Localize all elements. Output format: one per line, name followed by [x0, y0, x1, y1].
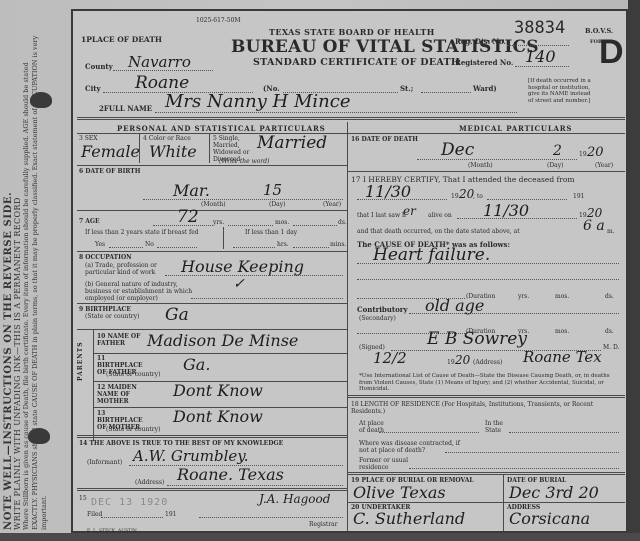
to-label: , to: [473, 193, 483, 200]
board-title: TEXAS STATE BOARD OF HEALTH: [269, 27, 435, 37]
informant-address-label: (Address): [135, 479, 164, 486]
dob-month: Mar.: [173, 181, 210, 200]
alive-label: alive on: [428, 212, 452, 219]
divider: [93, 329, 94, 441]
divider: [347, 171, 625, 172]
mins-field[interactable]: [293, 247, 329, 248]
full-name-label: 2FULL NAME: [99, 104, 152, 113]
thumb-mark-icon: [28, 428, 50, 444]
filed-number: 15: [79, 495, 87, 502]
scan-edge: [0, 533, 640, 541]
father-name-value: Madison De Minse: [147, 331, 298, 350]
duration-mos: mos.: [555, 293, 569, 300]
industry-field[interactable]: [191, 298, 343, 299]
registered-label: Registered No.: [455, 58, 513, 67]
occupation-label: 8 OCCUPATION: [79, 254, 132, 261]
divider: [77, 251, 347, 252]
month-hint: (Month): [201, 201, 226, 208]
dod-day: 2: [553, 143, 562, 159]
duration-ds: ds.: [605, 293, 614, 300]
burial-date-value: Dec 3rd 20: [509, 483, 599, 502]
divider: [77, 435, 347, 438]
full-name-field[interactable]: [155, 112, 517, 113]
industry-checkmark: ✓: [233, 276, 245, 292]
former-residence-label: Former or usual residence: [359, 457, 411, 471]
death-time: 6 a: [583, 218, 605, 234]
undertaker-address-value: Corsicana: [509, 509, 590, 528]
signed-year: 20: [455, 353, 470, 367]
informant-address-field[interactable]: [167, 485, 343, 486]
informant-address-value: Roane. Texas: [177, 465, 284, 484]
age-years: 72: [177, 207, 199, 227]
yrs-label: yrs.: [213, 219, 224, 226]
physician-address: Roane Tex: [523, 348, 602, 366]
duration-yrs: yrs.: [518, 293, 529, 300]
residence-label: 18 LENGTH OF RESIDENCE (For Hospitals, I…: [351, 401, 619, 415]
medical-section-title-text: MEDICAL PARTICULARS: [459, 124, 572, 133]
cause-value: Heart failure.: [373, 245, 490, 265]
side-write-plainly: WRITE PLAINLY WITH UNFADING INK—THIS IS …: [13, 30, 22, 530]
birthplace-hint: (State or country): [85, 313, 139, 320]
city-value: Roane: [135, 73, 189, 93]
marital-value: Married: [257, 133, 327, 153]
registrar-label: Registrar: [309, 521, 338, 528]
secondary-hint: (Secondary): [359, 315, 396, 322]
divider: [139, 133, 140, 163]
m-label: m.: [607, 228, 615, 235]
thumb-mark-icon: [30, 92, 52, 108]
ward-field[interactable]: [421, 92, 471, 93]
breast-fed-yes-field[interactable]: [109, 247, 143, 248]
divider: [77, 165, 347, 166]
dob-label: 6 DATE OF BIRTH: [79, 168, 140, 175]
sex-value: Female: [81, 142, 140, 161]
birthplace-value: Ga: [165, 305, 189, 325]
reg-dis-field[interactable]: [507, 45, 569, 46]
burial-place-value: Olive Texas: [353, 483, 446, 502]
divider: [223, 227, 224, 249]
sex-label: 3 SEX: [79, 135, 98, 142]
dod-year-prefix: 19: [579, 151, 587, 158]
last-saw-label: that I last saw h: [357, 212, 406, 219]
undertaker-value: C. Sutherland: [353, 509, 465, 528]
race-label: 4 Color or Race: [143, 135, 191, 142]
divider: [503, 475, 504, 531]
dod-month: Dec: [441, 140, 474, 160]
registrar-signature: J.A. Hagood: [259, 492, 330, 506]
age-days-field[interactable]: [293, 225, 337, 226]
true-statement-label: 14 THE ABOVE IS TRUE TO THE BEST OF MY K…: [79, 440, 283, 447]
place-of-death-label: 1PLACE OF DEATH: [81, 35, 162, 44]
physician-signature: E B Sowrey: [427, 329, 527, 349]
from-year: 20: [459, 187, 474, 201]
filed-year-prefix: 191: [165, 511, 176, 518]
divider: [209, 133, 210, 163]
divider: [347, 502, 625, 503]
day-hint: (Day): [269, 201, 285, 208]
age-months-field[interactable]: [228, 225, 273, 226]
divider: [77, 329, 347, 330]
occupation-b-label: (b) General nature of industry, business…: [85, 281, 195, 302]
occupation-a-label: (a) Trade, profession or particular kind…: [85, 262, 173, 276]
birthplace-label: 9 BIRTHPLACE: [79, 306, 131, 313]
county-label: County: [85, 62, 113, 71]
filed-stamp: DEC 13 1920: [91, 497, 168, 508]
informant-label: (Informant): [87, 459, 122, 466]
mins-label: mins.: [330, 241, 346, 248]
former-residence-field[interactable]: [409, 468, 619, 469]
mother-name-value: Dont Know: [173, 381, 263, 400]
father-name-label: 10 NAME OF FATHER: [97, 333, 147, 347]
divider: [347, 455, 348, 531]
hrs-label: hrs.: [277, 241, 289, 248]
certificate-number: 38834: [514, 18, 565, 38]
alive-on: 11/30: [483, 201, 529, 220]
divider: [77, 210, 347, 211]
cause-field-2[interactable]: [357, 279, 619, 280]
divider: [77, 488, 347, 491]
no-label: No: [145, 241, 154, 248]
duration-mos-2: mos.: [555, 328, 569, 335]
registered-field[interactable]: [515, 66, 569, 67]
to-year-prefix: 191: [573, 193, 584, 200]
residence-place-field[interactable]: [379, 432, 479, 433]
county-value: Navarro: [128, 53, 191, 71]
print-code: 1025-617-50M: [196, 17, 241, 24]
from-year-prefix: 19: [451, 193, 459, 200]
dod-year: 20: [587, 145, 604, 160]
year-hint: (Year): [323, 201, 341, 208]
signed-date: 12/2: [373, 349, 407, 367]
side-instructions: NOTE WELL—INSTRUCTIONS ON THE REVERSE SI…: [0, 0, 70, 535]
physician-address-label: (Address): [473, 359, 502, 366]
scan-edge: [628, 0, 640, 541]
divider: [347, 472, 625, 475]
full-name-value: Mrs Nanny H Mince: [165, 91, 350, 112]
contributory-value: old age: [425, 296, 484, 315]
marital-hint: (Write the word): [219, 158, 269, 165]
st-label: St.;: [400, 84, 413, 93]
breast-fed-no-field[interactable]: [157, 247, 197, 248]
dod-year-hint: (Year): [595, 162, 613, 169]
certificate-subtitle: STANDARD CERTIFICATE OF DEATH: [253, 57, 460, 68]
yes-label: Yes: [95, 241, 105, 248]
side-note-well: NOTE WELL—INSTRUCTIONS ON THE REVERSE SI…: [4, 30, 13, 530]
father-birthplace-value: Ga.: [183, 355, 210, 374]
dod-month-hint: (Month): [468, 162, 493, 169]
dod-label: 16 DATE OF DEATH: [351, 136, 418, 143]
hours-field[interactable]: [233, 247, 275, 248]
residence-state-field[interactable]: [509, 432, 619, 433]
dod-day-hint: (Day): [547, 162, 563, 169]
registrar-field[interactable]: [199, 517, 343, 518]
divider: [347, 133, 625, 134]
reg-dis-label: Reg. Dis. No.: [455, 37, 506, 46]
less-day-label: If less than 1 day: [245, 229, 297, 236]
attended-to-field[interactable]: [487, 199, 567, 200]
death-certificate: 1025-617-50M 1PLACE OF DEATH TEXAS STATE…: [71, 9, 628, 533]
father-birthplace-hint: (State or country): [106, 371, 160, 378]
mos-label: mos.: [275, 219, 289, 226]
duration-ds-2: ds.: [605, 328, 614, 335]
ward-label: Ward): [473, 84, 497, 93]
contributory-label: Contributory: [357, 306, 408, 313]
hospital-note: [If death occurred in a hospital or inst…: [528, 78, 594, 104]
breast-fed-label: If less than 2 years state if breast fed: [85, 229, 199, 236]
city-label: City: [85, 84, 101, 93]
age-label: 7 AGE: [79, 218, 100, 225]
mother-birthplace-value: Dont Know: [173, 407, 263, 426]
md-label: M. D.: [603, 344, 619, 351]
signed-year-prefix: 19: [447, 359, 455, 366]
form-label: FORM: [590, 39, 596, 45]
race-value: White: [149, 142, 197, 161]
mother-name-label: 12 MAIDEN NAME OF MOTHER: [97, 384, 153, 405]
registered-number: 140: [525, 47, 556, 66]
dob-day: 15: [263, 181, 282, 199]
attended-from: 11/30: [365, 182, 411, 201]
parents-label: PARENTS: [77, 341, 84, 381]
divider: [77, 117, 625, 120]
where-contracted-field[interactable]: [445, 452, 619, 453]
form-letter: D: [599, 33, 624, 72]
personal-section-title: PERSONAL AND STATISTICAL PARTICULARS: [117, 124, 325, 133]
filed-date-field[interactable]: [101, 517, 163, 518]
in-state-label: In the State: [485, 420, 511, 434]
informant-value: A.W. Grumbley.: [133, 447, 249, 465]
divider: [93, 353, 347, 354]
divider: [347, 395, 625, 398]
mother-birthplace-hint: (State or country): [106, 426, 160, 433]
divider: [77, 303, 347, 304]
occurred-label: and that death occurred, on the date sta…: [357, 228, 520, 235]
cause-footnote: *Use International List of Cause of Deat…: [359, 373, 621, 393]
occupation-value: House Keeping: [181, 257, 304, 276]
last-saw-suffix: er: [403, 204, 416, 218]
ds-label: ds.: [338, 219, 347, 226]
